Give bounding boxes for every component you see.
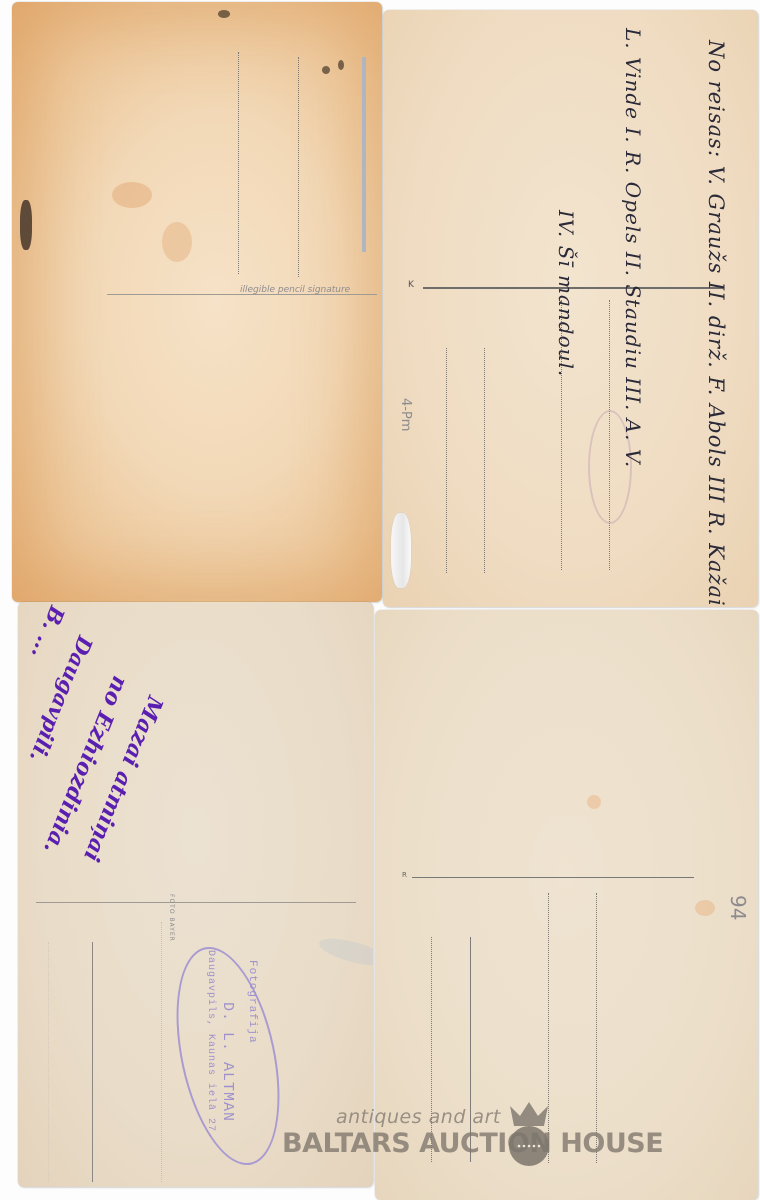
letter-marker: K (408, 280, 414, 290)
stamp-address: Daugavpils, Kaunas ielā 27. (205, 950, 216, 1139)
stain (587, 795, 601, 809)
dark-stain (20, 200, 32, 250)
letter-marker: R (402, 871, 407, 879)
publisher-mark: FOTO BAYER (168, 894, 175, 942)
address-line (596, 893, 597, 1163)
paper-tear (391, 513, 411, 588)
address-line (161, 922, 162, 1182)
address-line (431, 937, 432, 1162)
dark-speck (338, 60, 344, 70)
pencil-signature: illegible pencil signature (240, 285, 350, 295)
handwriting-line-3: IV. Šī mandoul. (554, 210, 578, 377)
dark-speck (322, 66, 330, 74)
address-line (48, 942, 49, 1182)
stamp-top-line: Fotografija (246, 960, 258, 1044)
dedication-line-4: B. ... (26, 603, 70, 663)
stain (162, 222, 192, 262)
stain (695, 900, 715, 916)
divider-line (36, 902, 356, 903)
postcard-top-right: K No reisas: V. Graužs II. dirž. F. Abol… (383, 10, 758, 607)
dark-speck (218, 10, 230, 18)
postcard-bottom-right: R 94 (375, 610, 758, 1200)
handwriting-line-2: L. Vinde I. R. Opels II. Staudiu III. A.… (621, 28, 645, 468)
postcard-bottom-left: FOTO BAYER Mazai atmiņai no Ezhiozdinia.… (18, 602, 373, 1187)
address-line (92, 942, 93, 1182)
divider-line (412, 877, 694, 878)
foxing-border (12, 2, 382, 602)
address-line (548, 893, 549, 1163)
address-line (446, 348, 447, 573)
address-line (298, 57, 299, 277)
pencil-note: 4-Pm (398, 398, 413, 431)
handwriting-line-1: No reisas: V. Graužs II. dirž. F. Abols … (704, 40, 728, 607)
address-line (484, 348, 485, 573)
stamp-name: D. L. ALTMAN (219, 1002, 236, 1122)
pencil-number: 94 (726, 895, 750, 920)
address-line (238, 52, 239, 274)
stain (112, 182, 152, 208)
stamp-box-edge (362, 57, 366, 252)
address-line (470, 937, 471, 1162)
blue-smudge (317, 933, 373, 970)
postcard-top-left: illegible pencil signature (12, 2, 382, 602)
